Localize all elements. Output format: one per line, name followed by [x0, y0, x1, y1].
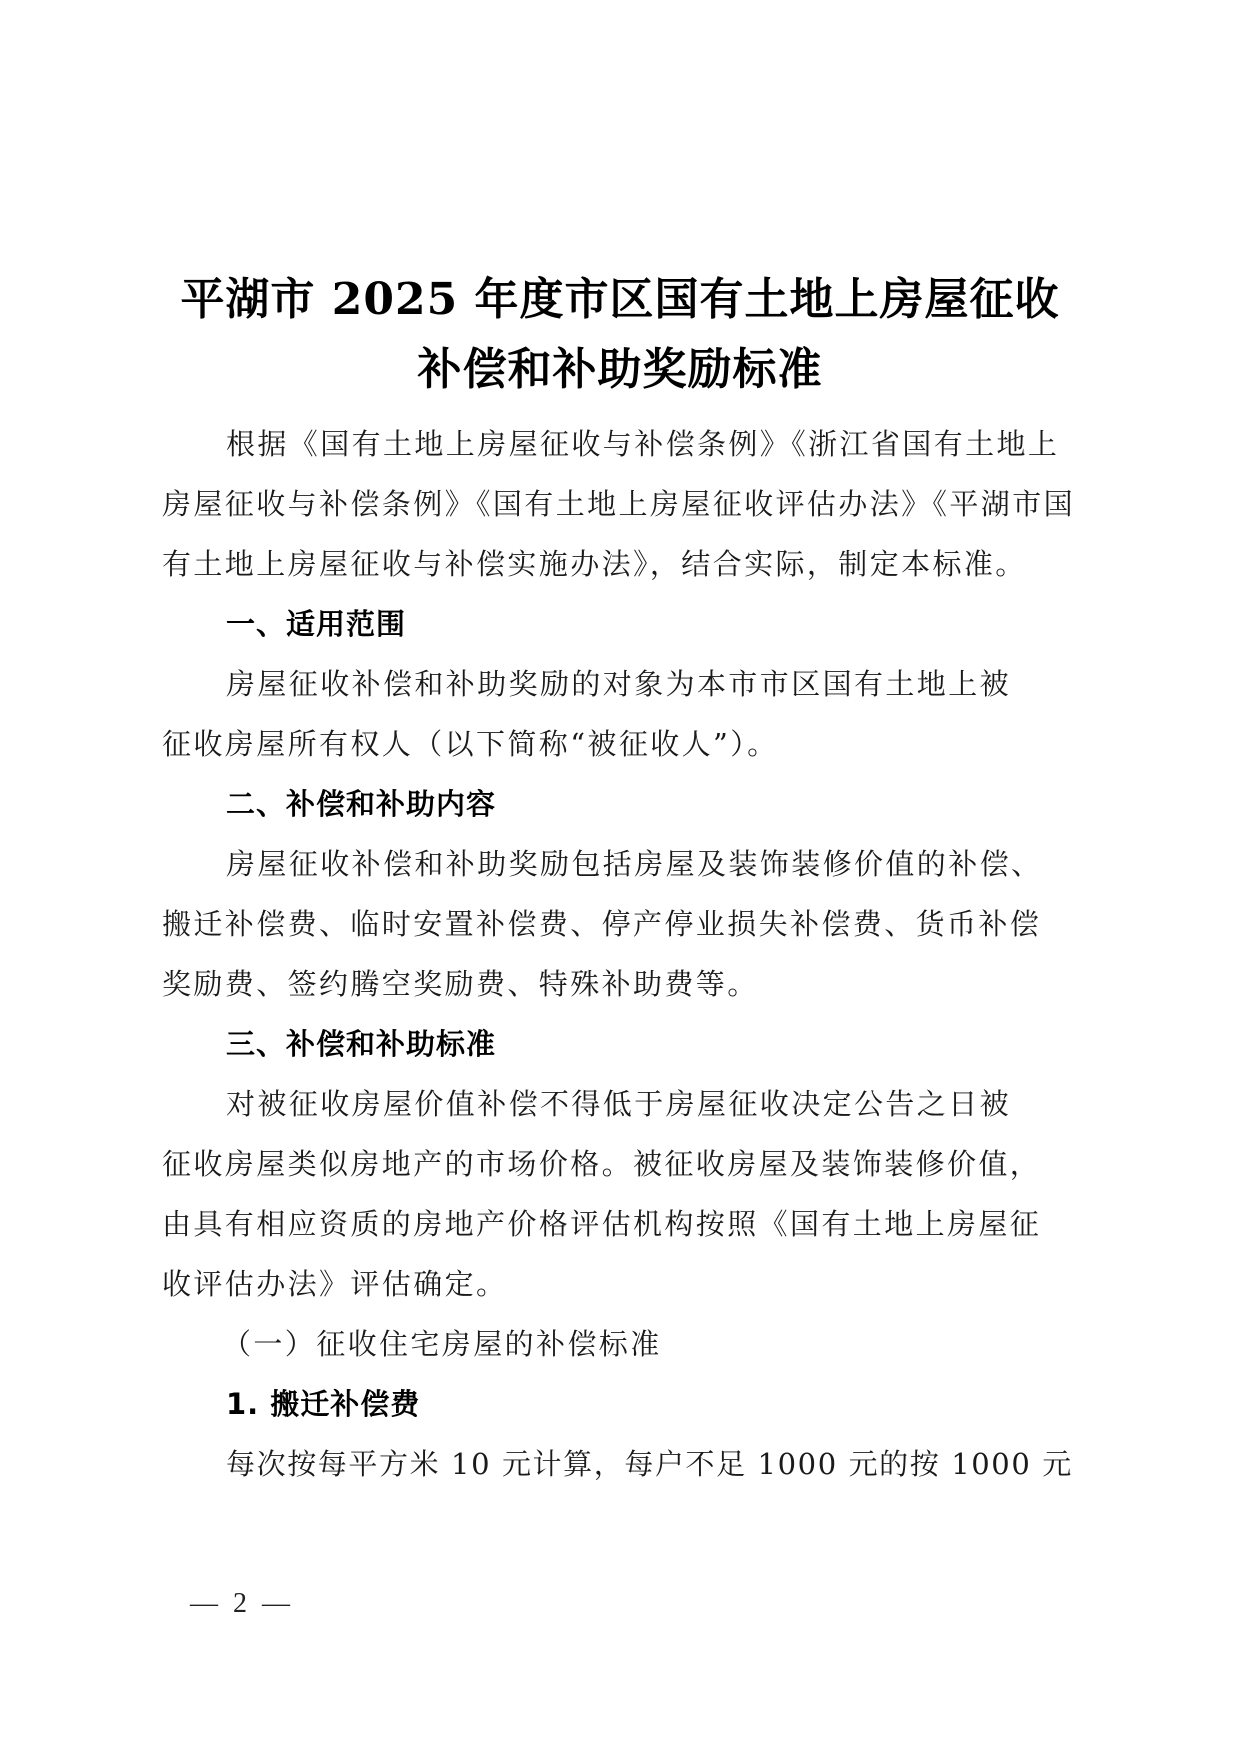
- section-3-line-2: 征收房屋类似房地产的市场价格。被征收房屋及装饰装修价值，: [162, 1144, 1041, 1184]
- section-2-line-1: 房屋征收补偿和补助奖励包括房屋及装饰装修价值的补偿、: [226, 844, 1042, 884]
- subsection-1-heading: （一）征收住宅房屋的补偿标准: [222, 1324, 662, 1364]
- section-2-line-3: 奖励费、签约腾空奖励费、特殊补助费等。: [162, 964, 759, 1004]
- item-1-heading: 1. 搬迁补偿费: [226, 1384, 420, 1424]
- document-title-line-2: 补偿和补助奖励标准: [0, 345, 1240, 395]
- section-3-line-3: 由具有相应资质的房地产价格评估机构按照《国有土地上房屋征: [162, 1204, 1041, 1244]
- intro-line-1: 根据《国有土地上房屋征收与补偿条例》《浙江省国有土地上: [226, 424, 1059, 464]
- section-1-line-2: 征收房屋所有权人（以下简称“被征收人”）。: [162, 724, 779, 764]
- document-title-line-1: 平湖市 2025 年度市区国有土地上房屋征收: [0, 275, 1240, 325]
- section-1-heading: 一、适用范围: [226, 604, 406, 644]
- section-2-heading: 二、补偿和补助内容: [226, 784, 496, 824]
- section-3-heading: 三、补偿和补助标准: [226, 1024, 496, 1064]
- section-1-line-1: 房屋征收补偿和补助奖励的对象为本市市区国有土地上被: [226, 664, 1011, 704]
- item-1-line-1: 每次按每平方米 10 元计算，每户不足 1000 元的按 1000 元: [226, 1444, 1073, 1484]
- section-3-line-4: 收评估办法》评估确定。: [162, 1264, 507, 1304]
- page-number: — 2 —: [190, 1588, 294, 1620]
- section-3-line-1: 对被征收房屋价值补偿不得低于房屋征收决定公告之日被: [226, 1084, 1011, 1124]
- document-page: 平湖市 2025 年度市区国有土地上房屋征收 补偿和补助奖励标准 根据《国有土地…: [0, 0, 1240, 1753]
- intro-line-2: 房屋征收与补偿条例》《国有土地上房屋征收评估办法》《平湖市国: [162, 484, 1075, 524]
- section-2-line-2: 搬迁补偿费、临时安置补偿费、停产停业损失补偿费、货币补偿: [162, 904, 1041, 944]
- intro-line-3: 有土地上房屋征收与补偿实施办法》，结合实际，制定本标准。: [162, 544, 1027, 584]
